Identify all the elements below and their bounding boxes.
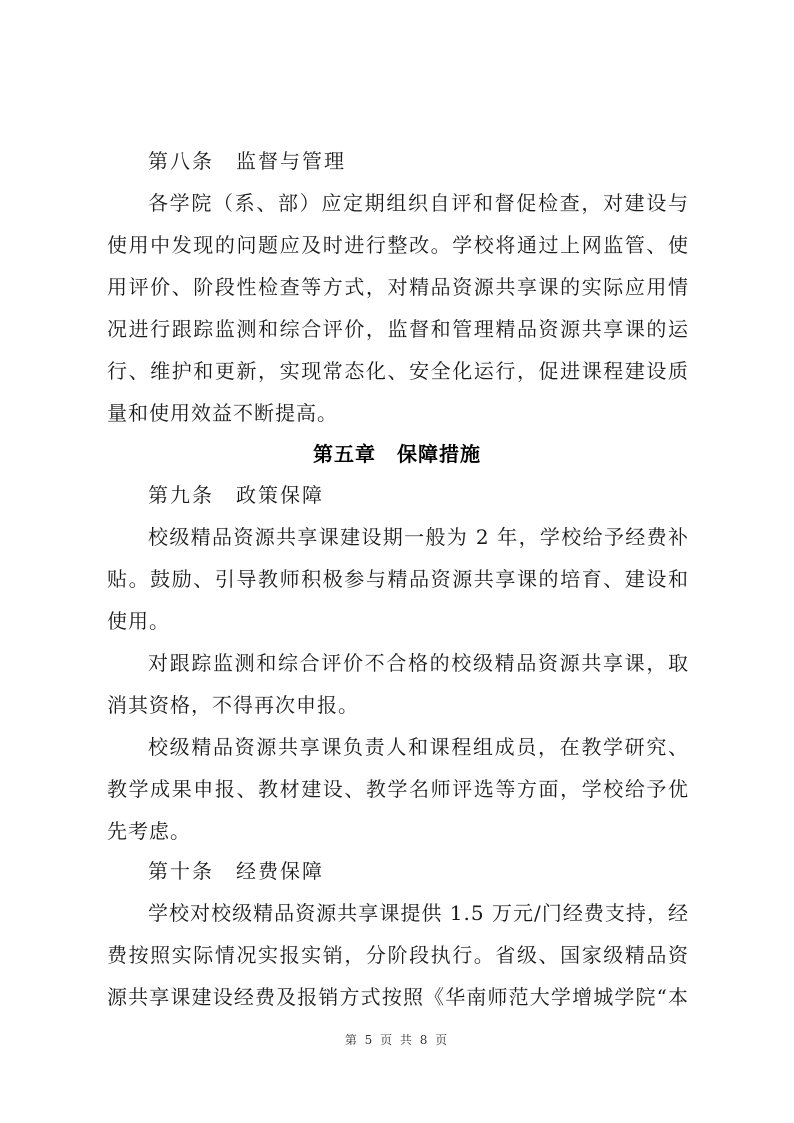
paragraph-line: 消其资格，不得再次申报。	[107, 692, 689, 718]
paragraph-line: 校级精品资源共享课负责人和课程组成员，在教学研究、	[148, 734, 689, 760]
paragraph-line: 况进行跟踪监测和综合评价，监督和管理精品资源共享课的运	[107, 316, 689, 342]
document-page: 第八条 监督与管理 各学院（系、部）应定期组织自评和督促检查，对建设与 使用中发…	[0, 0, 794, 1123]
paragraph-line: 先考虑。	[107, 818, 689, 844]
paragraph-line: 费按照实际情况实报实销，分阶段执行。省级、国家级精品资	[107, 942, 689, 968]
paragraph-line: 对跟踪监测和综合评价不合格的校级精品资源共享课，取	[148, 650, 689, 676]
paragraph-line: 源共享课建设经费及报销方式按照《华南师范大学增城学院“本	[107, 984, 689, 1010]
chapter-title: 第五章 保障措施	[0, 441, 794, 467]
paragraph-line: 校级精品资源共享课建设期一般为 2 年，学校给予经费补	[148, 524, 689, 550]
article-heading-8: 第八条 监督与管理	[148, 148, 689, 174]
paragraph-line: 教学成果申报、教材建设、教学名师评选等方面，学校给予优	[107, 776, 689, 802]
paragraph-line: 行、维护和更新，实现常态化、安全化运行，促进课程建设质	[107, 358, 689, 384]
paragraph-line: 使用中发现的问题应及时进行整改。学校将通过上网监管、使	[107, 232, 689, 258]
paragraph-line: 使用。	[107, 608, 689, 634]
paragraph-line: 用评价、阶段性检查等方式，对精品资源共享课的实际应用情	[107, 274, 689, 300]
paragraph-line: 贴。鼓励、引导教师积极参与精品资源共享课的培育、建设和	[107, 566, 689, 592]
paragraph-line: 量和使用效益不断提高。	[107, 400, 689, 426]
article-heading-9: 第九条 政策保障	[148, 482, 689, 508]
paragraph-line: 学校对校级精品资源共享课提供 1.5 万元/门经费支持，经	[148, 900, 689, 926]
paragraph-line: 各学院（系、部）应定期组织自评和督促检查，对建设与	[148, 190, 689, 216]
article-heading-10: 第十条 经费保障	[148, 858, 689, 884]
page-footer: 第 5 页 共 8 页	[0, 1032, 794, 1048]
